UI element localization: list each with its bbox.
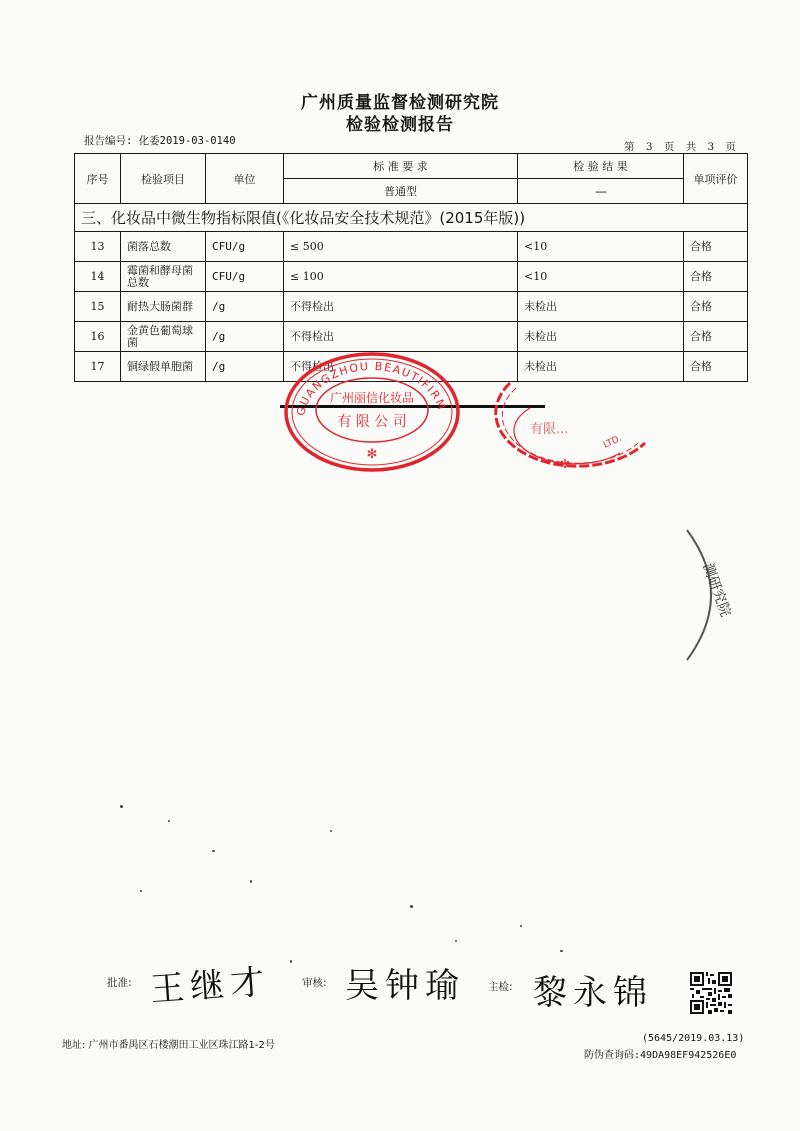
- row-standard: ≤ 100: [284, 262, 518, 292]
- row-evaluation: 合格: [684, 262, 748, 292]
- report-number: 报告编号: 化委2019-03-0140: [84, 133, 236, 148]
- row-unit: /g: [206, 322, 284, 352]
- svg-text:有 限 公 司: 有 限 公 司: [337, 414, 406, 430]
- scan-speck: [560, 950, 563, 952]
- table-row: 14 霉菌和酵母菌总数 CFU/g ≤ 100 <10 合格: [75, 262, 748, 292]
- row-result: 未检出: [518, 322, 684, 352]
- anti-fake-value: 49DA98EF942526E0: [640, 1050, 736, 1061]
- svg-text:LTD.: LTD.: [602, 434, 624, 451]
- report-number-value: 化委2019-03-0140: [139, 135, 236, 147]
- header-result-sub: ----: [518, 179, 684, 204]
- row-evaluation: 合格: [684, 352, 748, 382]
- scan-speck: [290, 960, 292, 963]
- row-unit: /g: [206, 292, 284, 322]
- row-seq: 16: [75, 322, 121, 352]
- svg-text:✻: ✻: [367, 447, 378, 462]
- svg-text:✻: ✻: [560, 457, 570, 471]
- row-seq: 13: [75, 232, 121, 262]
- row-item: 耐热大肠菌群: [121, 292, 206, 322]
- row-unit: CFU/g: [206, 262, 284, 292]
- header-evaluation: 单项评价: [684, 154, 748, 204]
- row-standard: 不得检出: [284, 292, 518, 322]
- scan-speck: [410, 905, 413, 908]
- inspector-signature: 黎永锦: [533, 965, 653, 1014]
- table-row: 13 菌落总数 CFU/g ≤ 500 <10 合格: [75, 232, 748, 262]
- row-item: 菌落总数: [121, 232, 206, 262]
- scan-speck: [330, 830, 332, 832]
- row-unit: CFU/g: [206, 232, 284, 262]
- scan-speck: [520, 925, 522, 927]
- row-item: 金黄色葡萄球菌: [121, 322, 206, 352]
- report-number-label: 报告编号:: [84, 135, 132, 147]
- row-seq: 15: [75, 292, 121, 322]
- header-item: 检验项目: [121, 154, 206, 204]
- address: 地址: 广州市番禺区石楼潮田工业区珠江路1-2号: [62, 1036, 275, 1051]
- anti-fake-label: 防伪查询码:: [584, 1050, 640, 1061]
- header-standard-sub: 普通型: [284, 179, 518, 204]
- section-title: 三、化妆品中微生物指标限值(《化妆品安全技术规范》(2015年版)): [75, 204, 748, 232]
- approve-signature: 王继才: [148, 954, 271, 1011]
- row-item: 霉菌和酵母菌总数: [121, 262, 206, 292]
- scan-speck: [250, 880, 252, 883]
- approve-label: 批准:: [107, 975, 132, 990]
- svg-text:GUANGZHOU BEAUTIFIRM COSMETIC: GUANGZHOU BEAUTIFIRM COSMETIC LTD.: [282, 350, 450, 417]
- scan-speck: [120, 805, 123, 808]
- row-standard: ≤ 500: [284, 232, 518, 262]
- row-evaluation: 合格: [684, 292, 748, 322]
- row-seq: 17: [75, 352, 121, 382]
- row-seq: 14: [75, 262, 121, 292]
- row-result: <10: [518, 262, 684, 292]
- svg-text:测研究院: 测研究院: [699, 561, 734, 619]
- row-evaluation: 合格: [684, 322, 748, 352]
- header-unit: 单位: [206, 154, 284, 204]
- scan-speck: [212, 850, 215, 852]
- row-result: <10: [518, 232, 684, 262]
- review-label: 审核:: [302, 975, 327, 990]
- header-result: 检 验 结 果: [518, 154, 684, 179]
- results-table: 序号 检验项目 单位 标 准 要 求 检 验 结 果 单项评价 普通型 ----…: [74, 153, 748, 382]
- table-row: 15 耐热大肠菌群 /g 不得检出 未检出 合格: [75, 292, 748, 322]
- qr-code-icon: [690, 972, 732, 1014]
- scan-speck: [168, 820, 170, 822]
- review-signature: 吴钟瑜: [345, 958, 465, 1007]
- anti-fake-code: 防伪查询码:49DA98EF942526E0: [584, 1046, 736, 1061]
- inspector-label: 主检:: [488, 979, 513, 994]
- row-item: 铜绿假单胞菌: [121, 352, 206, 382]
- svg-text:广州丽信化妆品: 广州丽信化妆品: [330, 390, 414, 405]
- institute-seal-partial-icon: 测研究院: [675, 525, 735, 665]
- row-evaluation: 合格: [684, 232, 748, 262]
- partial-company-stamp-icon: 有限... LTD. ✻: [480, 368, 660, 483]
- scan-speck: [140, 890, 142, 892]
- table-row: 16 金黄色葡萄球菌 /g 不得检出 未检出 合格: [75, 322, 748, 352]
- row-standard: 不得检出: [284, 322, 518, 352]
- row-unit: /g: [206, 352, 284, 382]
- report-code-ref: (5645/2019.03.13): [642, 1033, 744, 1044]
- row-result: 未检出: [518, 292, 684, 322]
- scan-speck: [455, 940, 457, 942]
- header-standard: 标 准 要 求: [284, 154, 518, 179]
- svg-text:有限...: 有限...: [530, 422, 568, 437]
- company-stamp-icon: GUANGZHOU BEAUTIFIRM COSMETIC LTD. 广州丽信化…: [282, 350, 462, 475]
- header-seq: 序号: [75, 154, 121, 204]
- page-indicator: 第 3 页 共 3 页: [624, 139, 737, 154]
- report-title: 检验检测报告: [0, 110, 800, 135]
